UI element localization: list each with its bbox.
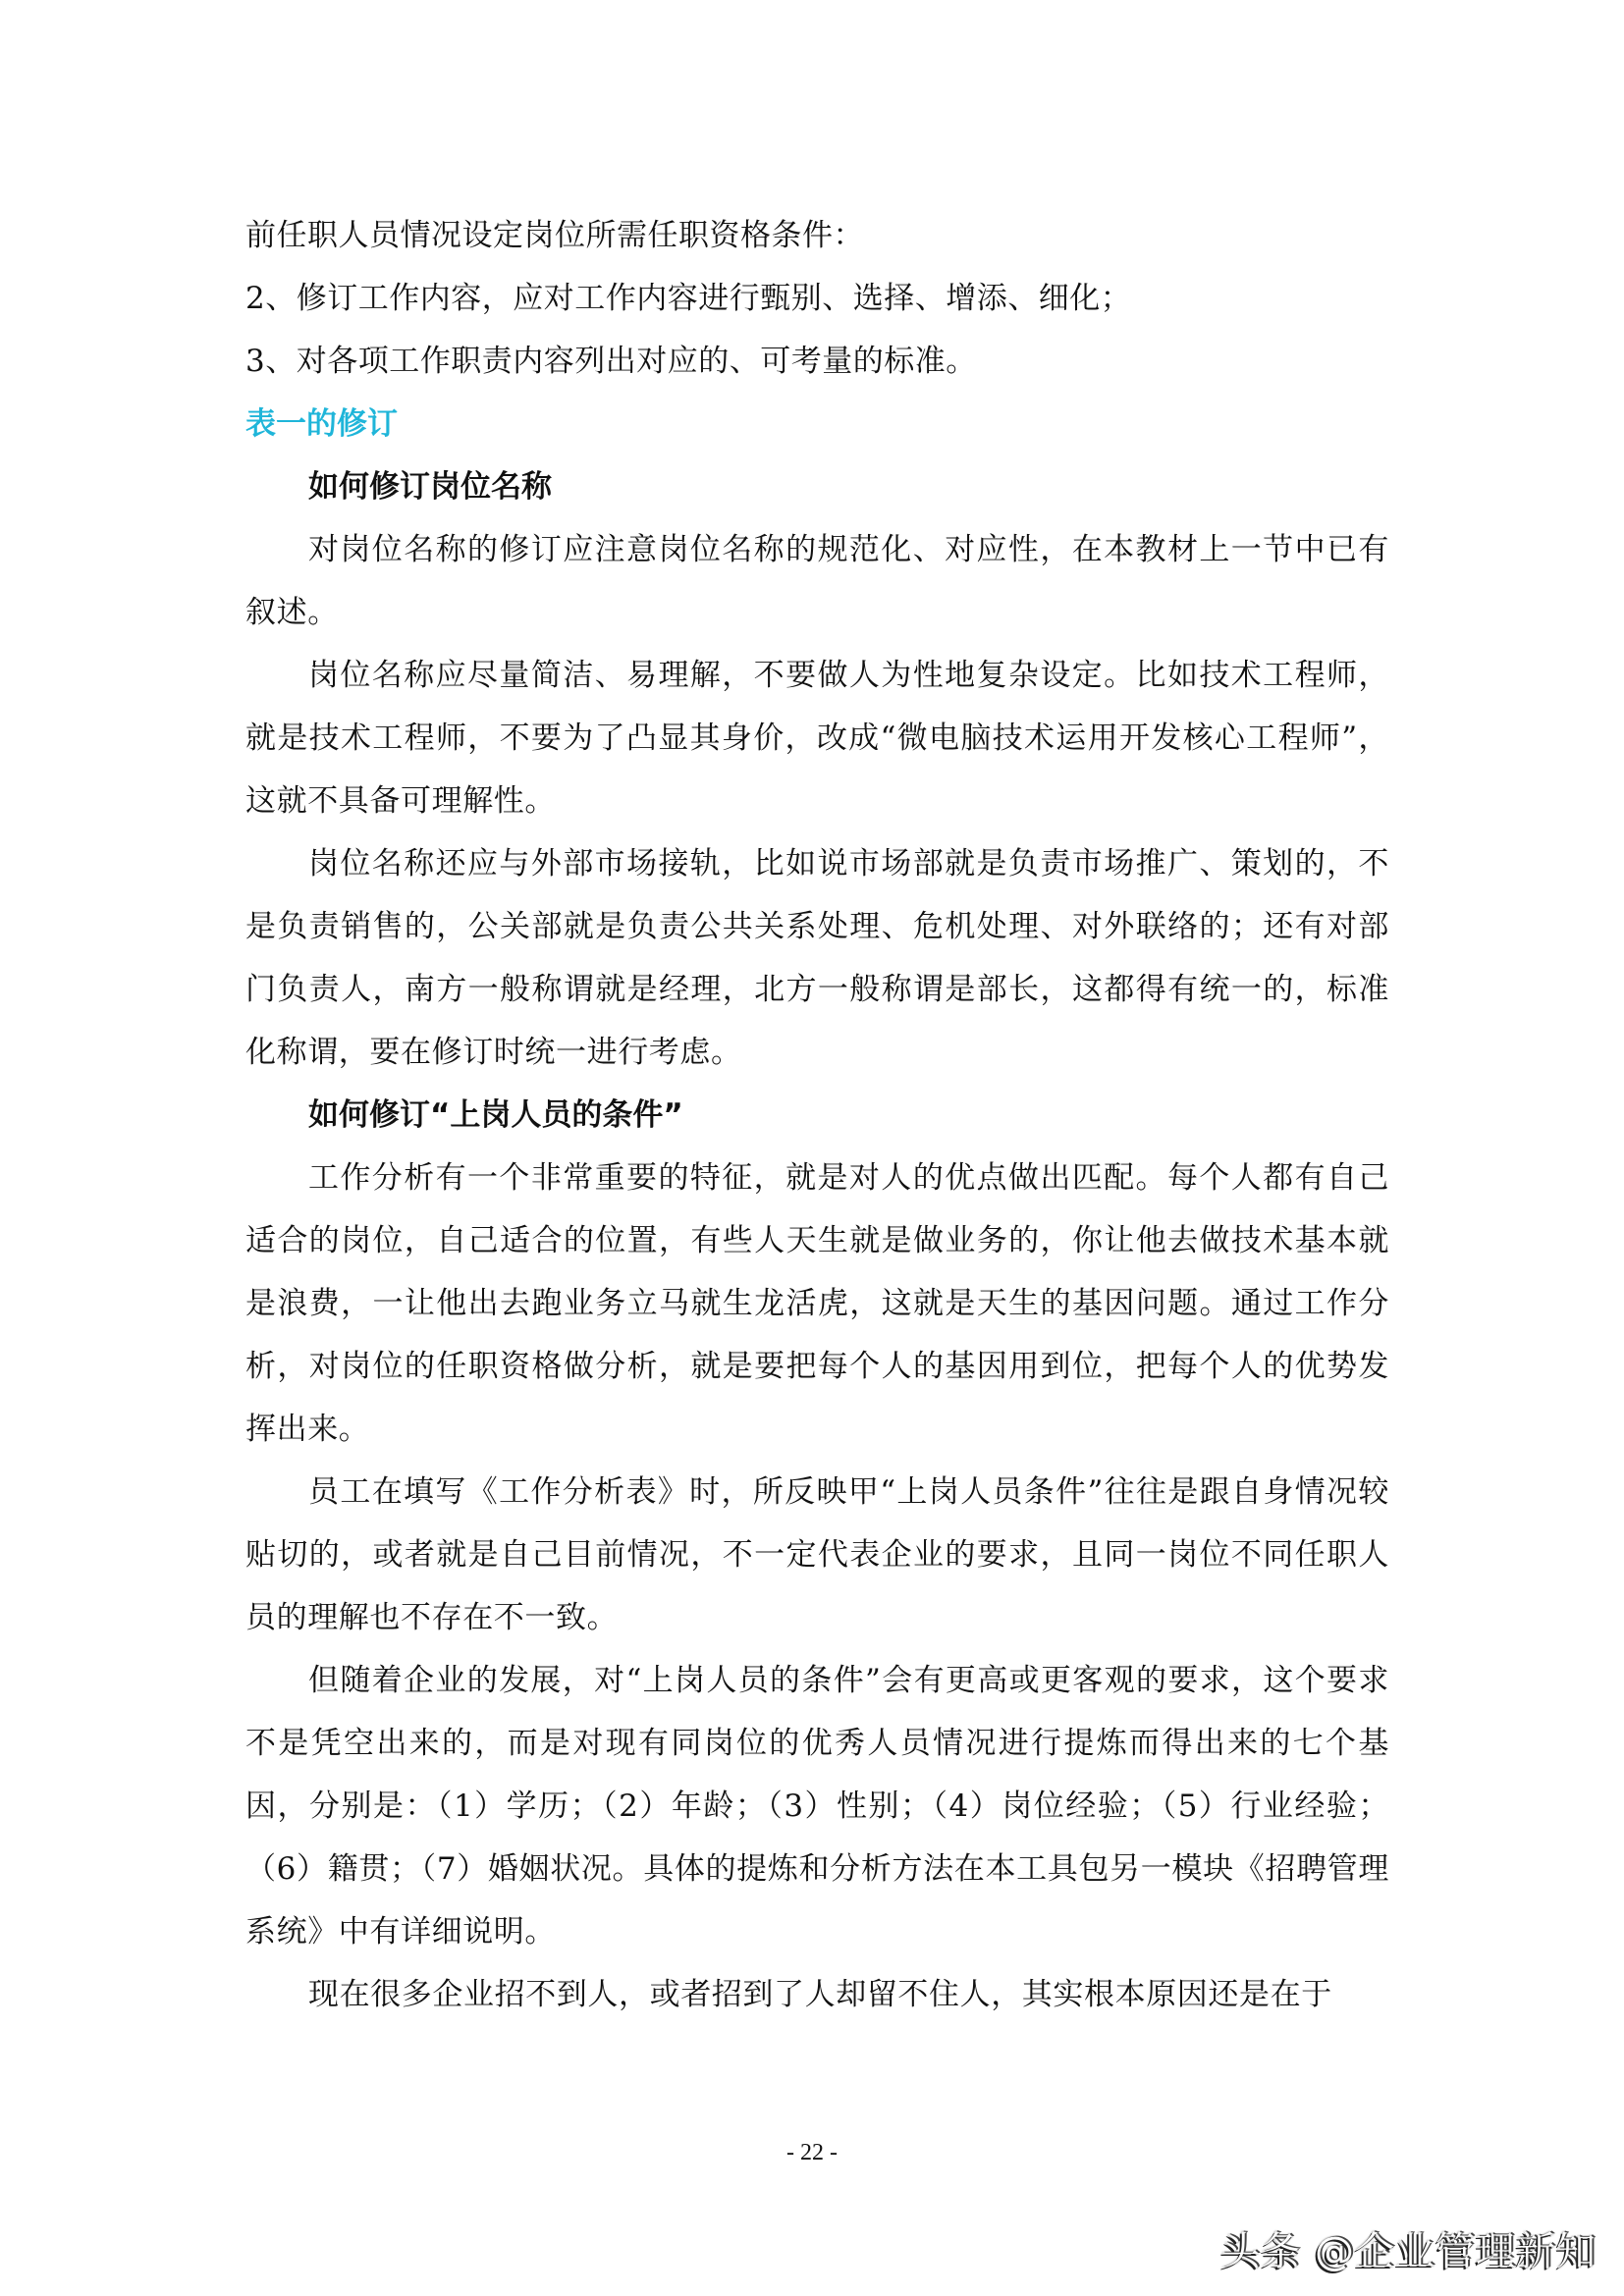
section-heading: 表一的修订 [245,393,1389,455]
subsection-heading-job-conditions: 如何修订“上岗人员的条件” [245,1084,1389,1147]
paragraph: 对岗位名称的修订应注意岗位名称的规范化、对应性，在本教材上一节中已有叙述。 [245,518,1389,644]
document-page: 前任职人员情况设定岗位所需任职资格条件： 2、修订工作内容，应对工作内容进行甄别… [245,204,1389,2026]
paragraph: 现在很多企业招不到人，或者招到了人却留不住人，其实根本原因还是在于 [245,1963,1389,2026]
page-number: - 22 - [0,2140,1624,2166]
paragraph: 岗位名称应尽量简洁、易理解，不要做人为性地复杂设定。比如技术工程师，就是技术工程… [245,644,1389,832]
paragraph: 岗位名称还应与外部市场接轨，比如说市场部就是负责市场推广、策划的，不是负责销售的… [245,832,1389,1084]
paragraph: 员工在填写《工作分析表》时，所反映甲“上岗人员条件”往往是跟自身情况较贴切的，或… [245,1461,1389,1649]
list-item-2: 2、修订工作内容，应对工作内容进行甄别、选择、增添、细化； [245,267,1389,330]
text-line-continuation: 前任职人员情况设定岗位所需任职资格条件： [245,204,1389,267]
subsection-heading-job-title: 如何修订岗位名称 [245,455,1389,518]
watermark: 头条 @企业管理新知 [1220,2220,1597,2276]
paragraph: 工作分析有一个非常重要的特征，就是对人的优点做出匹配。每个人都有自己适合的岗位，… [245,1147,1389,1461]
list-item-3: 3、对各项工作职责内容列出对应的、可考量的标准。 [245,330,1389,393]
paragraph: 但随着企业的发展，对“上岗人员的条件”会有更高或更客观的要求，这个要求不是凭空出… [245,1649,1389,1963]
